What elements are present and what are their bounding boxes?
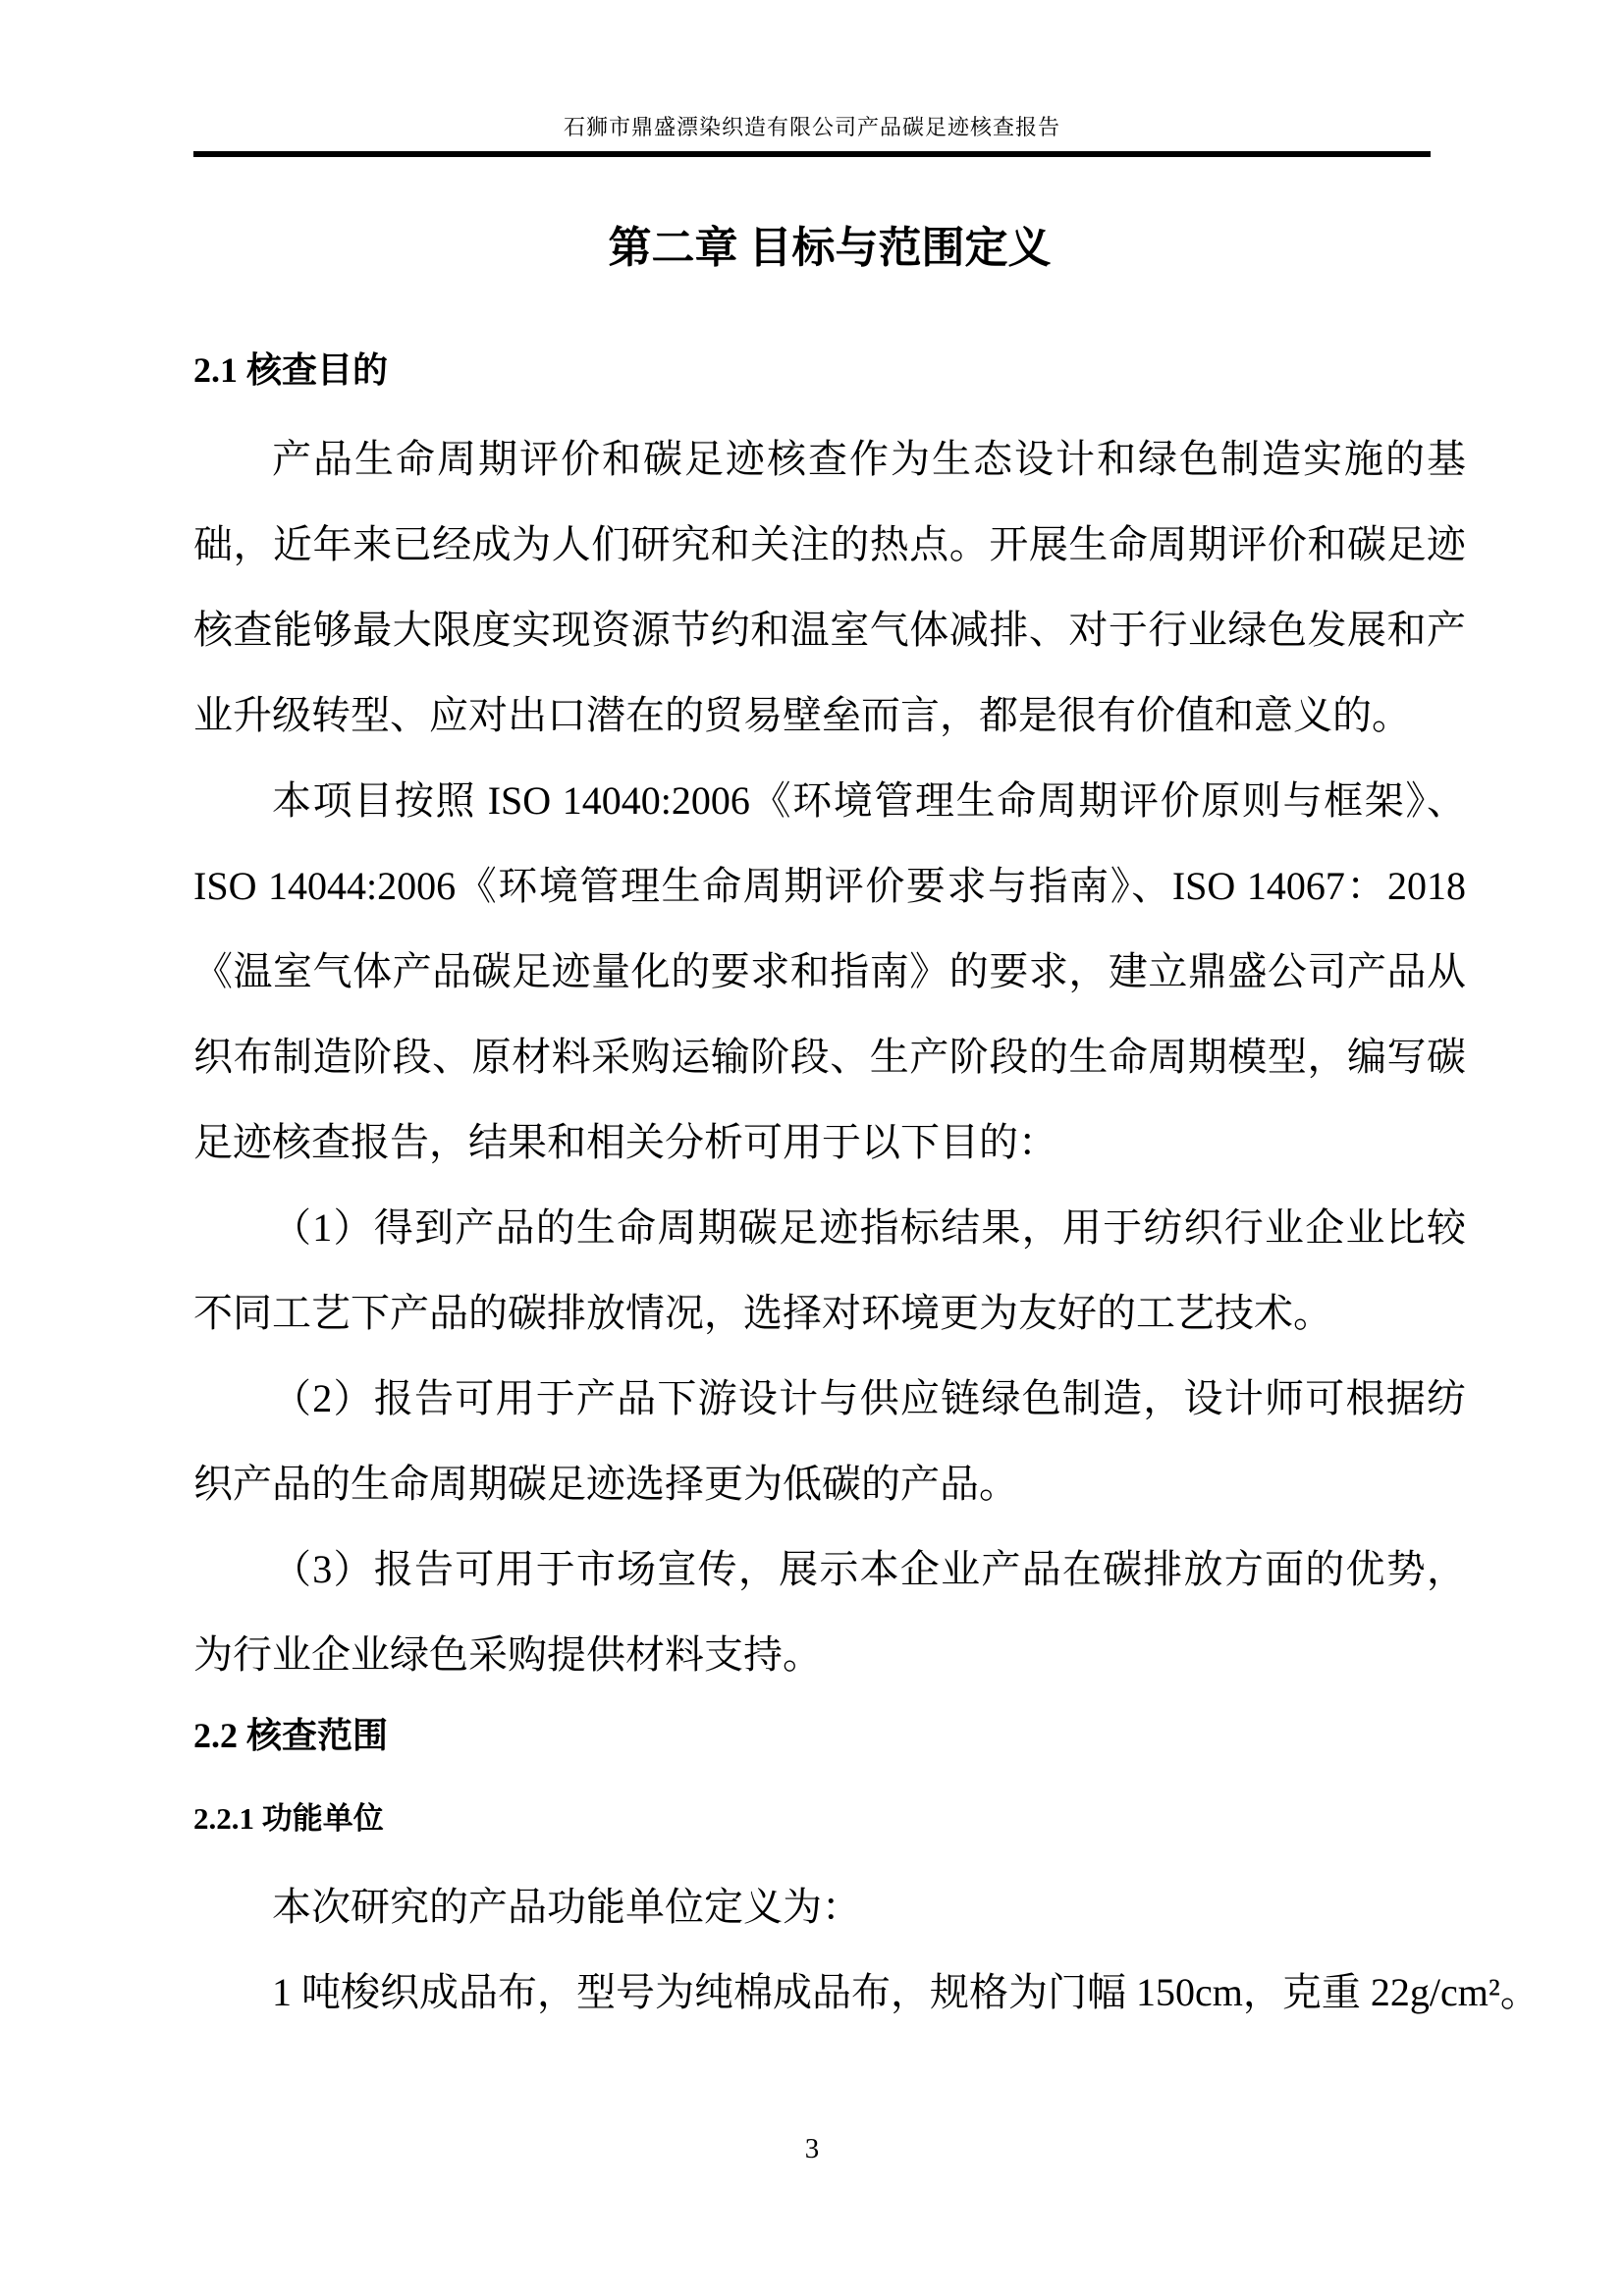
purpose-item-1: （1）得到产品的生命周期碳足迹指标结果，用于纺织行业企业比较不同工艺下产品的碳排… [193,1185,1466,1356]
page-number: 3 [805,2133,820,2164]
functional-unit-definition: 1 吨梭织成品布，型号为纯棉成品布，规格为门幅 150cm，克重 22g/cm²… [193,1949,1466,2035]
purpose-item-2: （2）报告可用于产品下游设计与供应链绿色制造，设计师可根据纺织产品的生命周期碳足… [193,1356,1466,1526]
section-heading-2-2: 2.2 核查范围 [193,1715,1466,1756]
document-page: 石狮市鼎盛漂染织造有限公司产品碳足迹核查报告 第二章 目标与范围定义 2.1 核… [0,0,1624,2296]
section-heading-2-2-1: 2.2.1 功能单位 [193,1801,1466,1837]
page-footer: 3 [0,2132,1624,2165]
section-heading-2-1: 2.1 核查目的 [193,349,1466,391]
purpose-item-3: （3）报告可用于市场宣传，展示本企业产品在碳排放方面的优势，为行业企业绿色采购提… [193,1526,1466,1697]
page-content: 第二章 目标与范围定义 2.1 核查目的 产品生命周期评价和碳足迹核查作为生态设… [193,224,1466,2035]
functional-unit-intro: 本次研究的产品功能单位定义为： [193,1864,1466,1949]
page-header: 石狮市鼎盛漂染织造有限公司产品碳足迹核查报告 [193,0,1431,157]
paragraph-intro: 产品生命周期评价和碳足迹核查作为生态设计和绿色制造实施的基础，近年来已经成为人们… [193,416,1466,758]
functional-unit-body: 本次研究的产品功能单位定义为： 1 吨梭织成品布，型号为纯棉成品布，规格为门幅 … [193,1864,1466,2035]
running-header-title: 石狮市鼎盛漂染织造有限公司产品碳足迹核查报告 [193,114,1431,140]
section-2-1-body: 产品生命周期评价和碳足迹核查作为生态设计和绿色制造实施的基础，近年来已经成为人们… [193,416,1466,1697]
chapter-title: 第二章 目标与范围定义 [193,224,1466,273]
paragraph-standards: 本项目按照 ISO 14040:2006《环境管理生命周期评价原则与框架》、IS… [193,758,1466,1185]
